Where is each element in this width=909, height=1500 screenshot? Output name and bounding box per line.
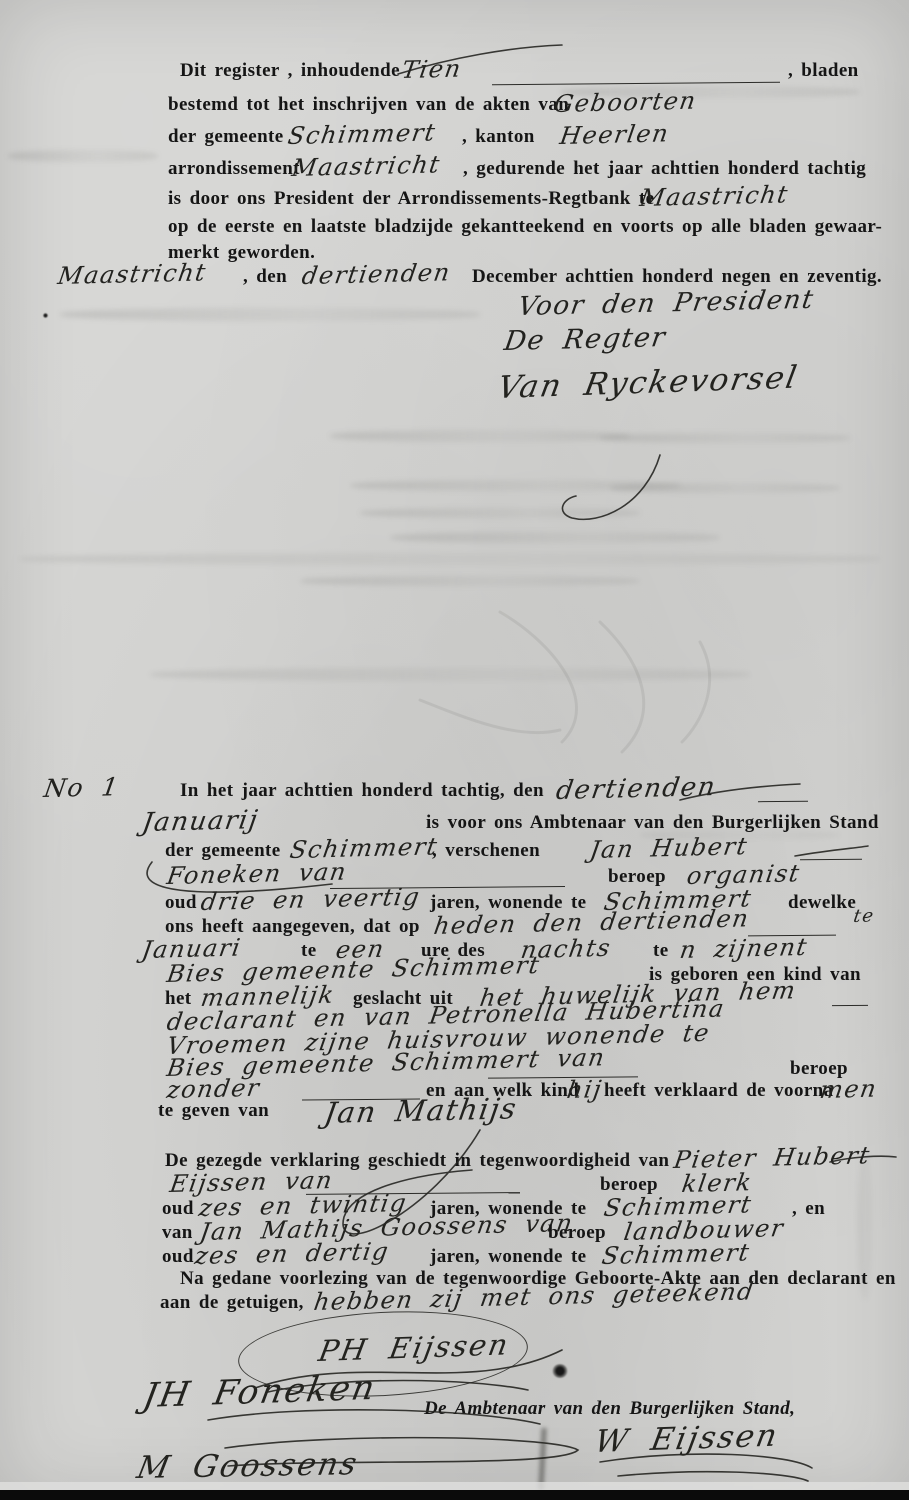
handwritten-text: dertienden [300, 258, 453, 290]
ink-blot [552, 1364, 568, 1378]
printed-text: te geven van [158, 1100, 269, 1122]
act-line-14: te geven van Jan Mathijs [0, 1100, 909, 1132]
printed-text: dewelke [788, 892, 856, 914]
printed-text: , kanton [462, 126, 535, 148]
printed-text: , en [792, 1198, 825, 1220]
judge-signature: Van Ryckevorsel [495, 360, 801, 406]
printed-text: beroep [608, 866, 666, 888]
printed-text: Dit register , inhoudende [180, 60, 400, 82]
printed-text: oud [162, 1246, 194, 1268]
printed-text: , bladen [788, 60, 859, 82]
bleedthrough-line [390, 532, 720, 543]
printed-text: De Ambtenaar van den Burgerlijken Stand, [424, 1398, 795, 1420]
printed-text: is door ons President der Arrondissement… [168, 188, 654, 210]
printed-text: te [653, 940, 669, 962]
bleedthrough-line [150, 668, 750, 681]
handwritten-text: Jan Mathijs [322, 1091, 520, 1130]
printed-text: beroep [548, 1222, 606, 1244]
handwritten-text: Jan Hubert [588, 832, 750, 864]
printed-text: oud [165, 892, 197, 914]
printed-text: van [162, 1222, 193, 1244]
handwritten-text: n zijnent [678, 933, 810, 964]
handwritten-text: Heerlen [558, 119, 671, 150]
judge-line: De Regter [0, 330, 909, 362]
handwritten-text: Maastricht [638, 180, 791, 212]
printed-text: op de eerste en laatste bladzijde gekant… [168, 216, 882, 238]
printed-text: heeft verklaard de voorna [604, 1080, 834, 1102]
handwritten-text: dertienden [554, 772, 718, 806]
printed-text: December achttien honderd negen en zeven… [472, 266, 882, 288]
printed-text: , gedurende het jaar achttien honderd ta… [463, 158, 866, 180]
handwritten-text: Tien [400, 55, 464, 84]
fill-line [492, 81, 780, 86]
printed-text: , den [243, 266, 287, 288]
judge-signature-line: Van Ryckevorsel [0, 370, 909, 402]
bleedthrough-line [300, 576, 640, 586]
printed-text: aan de getuigen, [160, 1292, 304, 1314]
fill-line [832, 1004, 868, 1006]
register-line-2: bestemd tot het inschrijven van de akten… [0, 94, 909, 126]
printed-text: , verschenen [432, 840, 540, 862]
register-line-1: Dit register , inhoudende Tien , bladen [0, 60, 909, 92]
fill-line [800, 858, 862, 861]
handwritten-text: Geboorten [552, 87, 699, 118]
handwritten-text: drie en veertig [199, 883, 422, 916]
handwritten-text: Voor den President [516, 285, 816, 322]
handwritten-text: Schimmert [600, 1238, 752, 1270]
witness1-signature: PH Eijssen [316, 1327, 512, 1368]
scan-edge-bar [0, 1490, 909, 1500]
witness2-signature-line: M Goossens [0, 1450, 909, 1482]
printed-text: der gemeente [165, 840, 281, 862]
witness2-signature: M Goossens [134, 1446, 362, 1486]
printed-text: jaren, wonende te [430, 1246, 587, 1268]
bleedthrough-line [330, 430, 630, 442]
handwritten-text: Januarij [140, 805, 261, 838]
bleedthrough-line [20, 553, 880, 565]
ink-dot [43, 313, 48, 318]
printed-text: is voor ons Ambtenaar van den Burgerlijk… [426, 812, 879, 834]
fill-line [488, 1075, 638, 1078]
act-line-1: In het jaar achttien honderd tachtig, de… [0, 780, 909, 812]
handwritten-text: De Regter [502, 322, 668, 357]
handwritten-text: zes en dertig [193, 1237, 391, 1270]
handwritten-text: te [852, 905, 876, 927]
printed-text: arrondissement [168, 158, 300, 180]
scanned-register-page: Dit register , inhoudende Tien , bladen … [0, 0, 909, 1500]
president-line: Voor den President [0, 296, 909, 328]
register-line-3: der gemeente Schimmert , kanton Heerlen [0, 126, 909, 158]
witness1-signature-line: PH Eijssen [0, 1334, 909, 1366]
handwritten-text: Maastricht [56, 258, 209, 290]
bleedthrough-line [360, 508, 640, 518]
handwritten-text: Schimmert [286, 118, 438, 150]
fill-line [758, 800, 808, 802]
printed-text: bestemd tot het inschrijven van de akten… [168, 94, 569, 116]
bleedthrough-line [610, 483, 840, 493]
printed-text: oud [162, 1198, 194, 1220]
printed-text: der gemeente [168, 126, 284, 148]
printed-text: In het jaar achttien honderd tachtig, de… [180, 780, 544, 802]
handwritten-text: Maastricht [290, 150, 443, 182]
bleedthrough-line [600, 433, 850, 443]
